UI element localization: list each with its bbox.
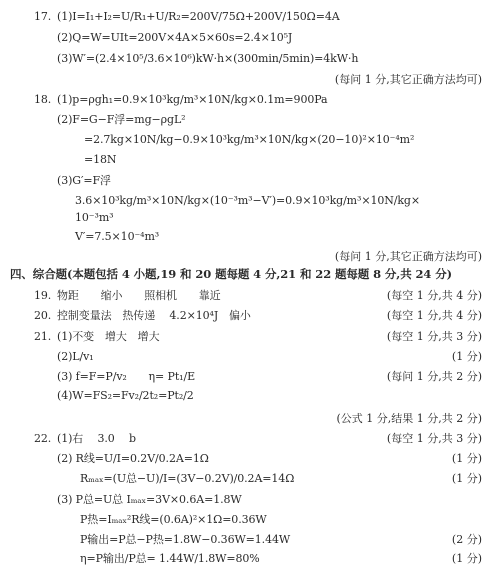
q18-score: (每问 1 分,其它正确方法均可) xyxy=(335,250,482,264)
q17-part1: (1)I=I₁+I₂=U/R₁+U/R₂=200V/75Ω+200V/150Ω=… xyxy=(57,10,340,24)
q22-part1: (1)右 3.0 b xyxy=(57,432,136,446)
q22-part3-step4: η=P输出/P总= 1.44W/1.8W=80% xyxy=(80,552,260,566)
section-title: 四、综合题(本题包括 4 小题,19 和 20 题每题 4 分,21 和 22 … xyxy=(10,267,452,281)
q18-part2-step1: =2.7kg×10N/kg−0.9×10³kg/m³×10N/kg×(20−10… xyxy=(84,133,414,147)
q22-score6: (2 分) xyxy=(452,533,482,547)
q19-answers: 物距 缩小 照相机 靠近 xyxy=(57,289,221,303)
q20-score: (每空 1 分,共 4 分) xyxy=(387,309,482,323)
q21-number: 21. xyxy=(34,330,51,344)
q20-answers: 控制变量法 热传递 4.2×10⁴J 偏小 xyxy=(57,309,251,323)
q22-part3-step3: P输出=P总−P热=1.8W−0.36W=1.44W xyxy=(80,533,290,547)
q22-score1: (每空 1 分,共 3 分) xyxy=(387,432,482,446)
q21-part2: (2)L/v₁ xyxy=(57,350,94,364)
q21-part1: (1)不变 增大 增大 xyxy=(57,330,159,344)
q22-part3-step2: P热=Iₘₐₓ²R线=(0.6A)²×1Ω=0.36W xyxy=(80,513,267,527)
q21-score3: (每问 1 分,共 2 分) xyxy=(387,370,482,384)
q19-score: (每空 1 分,共 4 分) xyxy=(387,289,482,303)
q18-part3-result: V′=7.5×10⁻⁴m³ xyxy=(75,230,159,244)
q22-score2: (1 分) xyxy=(452,452,482,466)
q20-number: 20. xyxy=(34,309,51,323)
q22-score7: (1 分) xyxy=(452,552,482,566)
q21-part4: (4)W=FS₂=Fv₂/2t₂=Pt₂/2 xyxy=(57,389,194,403)
q22-part3: (3) P总=U总 Iₘₐₓ=3V×0.6A=1.8W xyxy=(57,493,242,507)
q21-score1: (每空 1 分,共 3 分) xyxy=(387,330,482,344)
q17-number: 17. xyxy=(34,10,51,24)
q21-score4: (公式 1 分,结果 1 分,共 2 分) xyxy=(336,412,482,426)
q22-part2: (2) R线=U/I=0.2V/0.2A=1Ω xyxy=(57,452,209,466)
q22-part2-step2: Rₘₐₓ=(U总−U)/I=(3V−0.2V)/0.2A=14Ω xyxy=(80,472,294,486)
q19-number: 19. xyxy=(34,289,51,303)
q22-score3: (1 分) xyxy=(452,472,482,486)
q17-part2: (2)Q=W=UIt=200V×4A×5×60s=2.4×10⁵J xyxy=(57,31,292,45)
q17-part3: (3)W′=(2.4×10⁵/3.6×10⁶)kW·h×(300min/5min… xyxy=(57,52,358,66)
q17-score: (每问 1 分,其它正确方法均可) xyxy=(335,73,482,87)
q18-part2: (2)F=G−F浮=mg−ρgL² xyxy=(57,113,186,127)
q18-part3-step1-cont: 10⁻³m³ xyxy=(75,211,113,225)
q21-part3: (3) f=F=P/v₂ η= Pt₁/E xyxy=(57,370,195,384)
q21-score2: (1 分) xyxy=(452,350,482,364)
q18-part2-step2: =18N xyxy=(84,153,116,167)
q22-number: 22. xyxy=(34,432,51,446)
q18-number: 18. xyxy=(34,93,51,107)
q18-part1: (1)p=ρgh₁=0.9×10³kg/m³×10N/kg×0.1m=900Pa xyxy=(57,93,328,107)
q18-part3-step1: 3.6×10³kg/m³×10N/kg×(10⁻³m³−V′)=0.9×10³k… xyxy=(75,194,420,208)
q18-part3: (3)G′=F浮 xyxy=(57,174,111,188)
